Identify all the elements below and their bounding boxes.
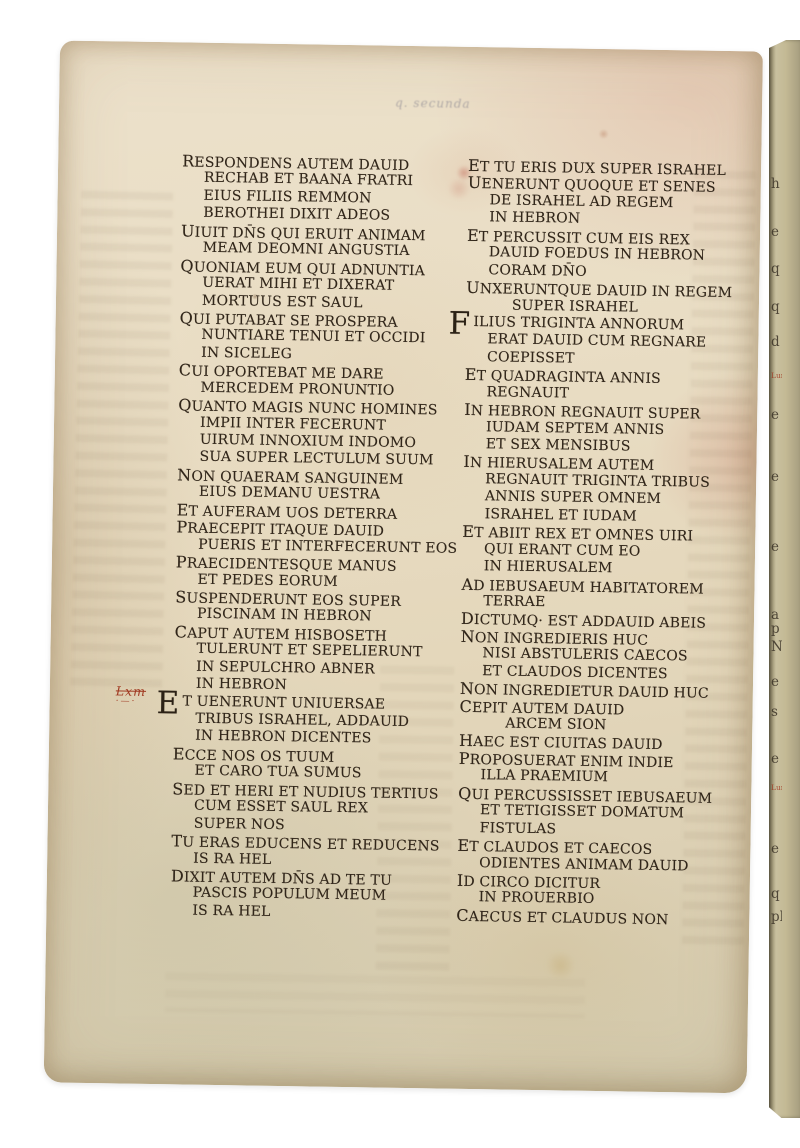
page-edge-glyph: d (771, 335, 782, 351)
chapter-mark-red: Lum (771, 371, 782, 380)
photograph-background: { "manuscript": { "running_inscription":… (0, 0, 800, 1148)
page-edge-glyph: e (771, 470, 782, 486)
text-column-right: ET TU ERIS DUX SUPER ISRAHELUENERUNT QUO… (456, 157, 768, 929)
page-edge-glyph: e (771, 225, 782, 241)
text-line: CAECUS ET CLAUDUS NON (456, 907, 756, 929)
page-edge-glyph: e (771, 675, 782, 691)
text-line: IS RA HEL (170, 902, 470, 924)
running-header-inscription: q. secunda (395, 96, 471, 111)
text-column-left: RESPONDENS AUTEM DAUIDRECHAB ET BAANA FR… (170, 152, 482, 924)
page-edge-glyph: N (771, 640, 782, 656)
verse-initial: E (156, 690, 179, 716)
verse-initial: F (448, 311, 470, 337)
page-edge-glyph: e (771, 752, 782, 768)
show-through-ghost (70, 191, 173, 693)
page-edge-glyph: q (771, 300, 782, 316)
page-edge-glyph: q (771, 262, 782, 278)
page-edge-glyph: h (771, 177, 782, 193)
stain (599, 129, 609, 139)
show-through-ghost (165, 972, 586, 1019)
page-edge-glyph: ph (771, 910, 782, 926)
stain (543, 952, 577, 979)
page-edge-glyph: e (771, 408, 782, 424)
page-edge-glyph: LumM (771, 368, 782, 384)
facing-page-edge: heqqdLumMeeeapNeseLumXeqph (769, 40, 800, 1118)
page-edge-glyph: e (771, 540, 782, 556)
page-edge-glyph: LumX (771, 780, 782, 796)
page-edge-glyph: e (771, 842, 782, 858)
page-edge-glyph: p (771, 622, 782, 638)
page-edge-glyph: q (771, 887, 782, 903)
chapter-mark-red: Lum (771, 783, 782, 792)
manuscript-page: q. secunda Lxm ·—· RESPONDENS AUTEM DAUI… (44, 40, 763, 1093)
page-edge-glyph: s (771, 705, 782, 721)
